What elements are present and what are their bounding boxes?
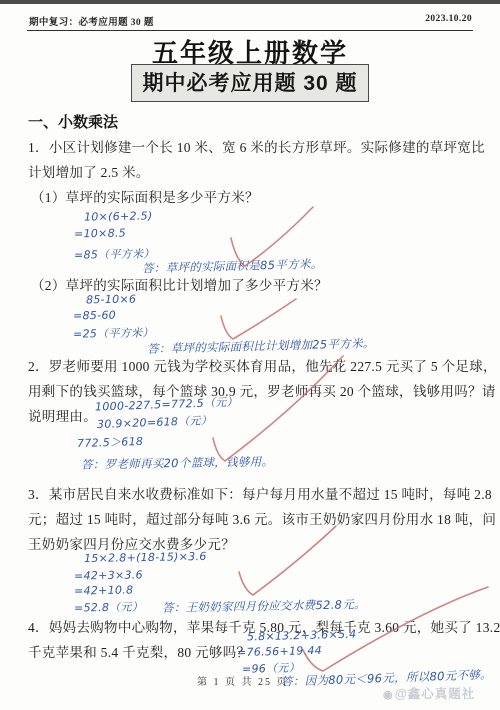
handwritten-answer: 答：罗老师再买20个篮球，钱够用。 — [81, 453, 273, 472]
handwritten-work-line: =52.8（元） — [74, 598, 143, 615]
problem-1-question-1: （1）草坪的实际面积是多少平方米？ — [31, 186, 259, 206]
problem-1-line-1: 1．小区计划修建一个长 10 米、宽 6 米的长方形草坪。实际修建的草坪宽比 — [28, 136, 485, 156]
problem-4-line-2: 千克苹果和 5.4 千克梨，80 元够吗？ — [28, 641, 250, 661]
handwritten-work-line: =76.56+19.44 — [237, 644, 322, 659]
handwritten-work-line: =42+10.8 — [74, 583, 134, 597]
handwritten-answer: 答：草坪的实际面积比计划增加25平方米。 — [147, 335, 375, 357]
subtitle-badge: 期中必考应用题 30 题 — [131, 64, 368, 102]
handwritten-answer: 答：王奶奶家四月份应交水费52.8元。 — [162, 596, 366, 616]
handwritten-work-line: 772.5＞618 — [77, 433, 144, 451]
scan-edge — [0, 0, 500, 4]
problem-1-question-2: （2）草坪的实际面积比计划增加了多少平方米？ — [31, 274, 328, 294]
header-rule — [27, 30, 473, 31]
problem-1-line-2: 计划增加了 2.5 米。 — [28, 161, 150, 181]
watermark-logo-icon: ◉ — [383, 689, 394, 701]
handwritten-work-line: =42+3×3.6 — [74, 568, 143, 582]
handwritten-work-line: 30.9×20=618（元） — [97, 412, 213, 432]
handwritten-work-line: =85-60 — [73, 309, 116, 323]
worksheet-page: 期中复习：必考应用题 30 题 2023.10.20 五年级上册数学 期中必考应… — [0, 0, 500, 710]
problem-3-line-2: 元；超过 15 吨时，超过部分每吨 3.6 元。该市王奶奶家四月份用水 18 吨… — [28, 508, 496, 528]
handwritten-work-line: 85-10×6 — [86, 293, 137, 307]
handwritten-work-line: =10×8.5 — [74, 227, 126, 241]
header-date: 2023.10.20 — [0, 14, 472, 24]
checkmark-icon — [221, 299, 296, 339]
watermark: ◉@鑫心真题社 — [383, 684, 475, 702]
checkmark-icon — [239, 526, 336, 595]
problem-2-line-2: 用剩下的钱买篮球，每个篮球 30.9 元，罗老师再买 20 个篮球，钱够用吗？请 — [28, 380, 496, 400]
problem-3-line-1: 3．某市居民自来水收费标准如下：每户每月用水量不超过 15 吨时，每吨 2.8 — [28, 483, 492, 503]
page-footer: 第 1 页 共 25 页 — [197, 673, 289, 688]
handwritten-work-line: =25（平方米） — [73, 324, 154, 341]
handwritten-work-line: 5.8×13.2+3.6×5.4 — [247, 628, 357, 644]
subtitle-row: 期中必考应用题 30 题 — [0, 64, 500, 102]
problem-2-line-1: 2．罗老师要用 1000 元钱为学校买体育用品，他先花 227.5 元买了 5 … — [28, 355, 497, 375]
handwritten-work-line: 15×2.8+(18-15)×3.6 — [84, 550, 207, 565]
handwritten-work-line: 10×(6+2.5) — [84, 209, 153, 223]
problem-2-line-3: 说明理由。 — [28, 405, 97, 425]
section-heading: 一、小数乘法 — [28, 111, 118, 132]
watermark-text: @鑫心真题社 — [395, 687, 476, 701]
